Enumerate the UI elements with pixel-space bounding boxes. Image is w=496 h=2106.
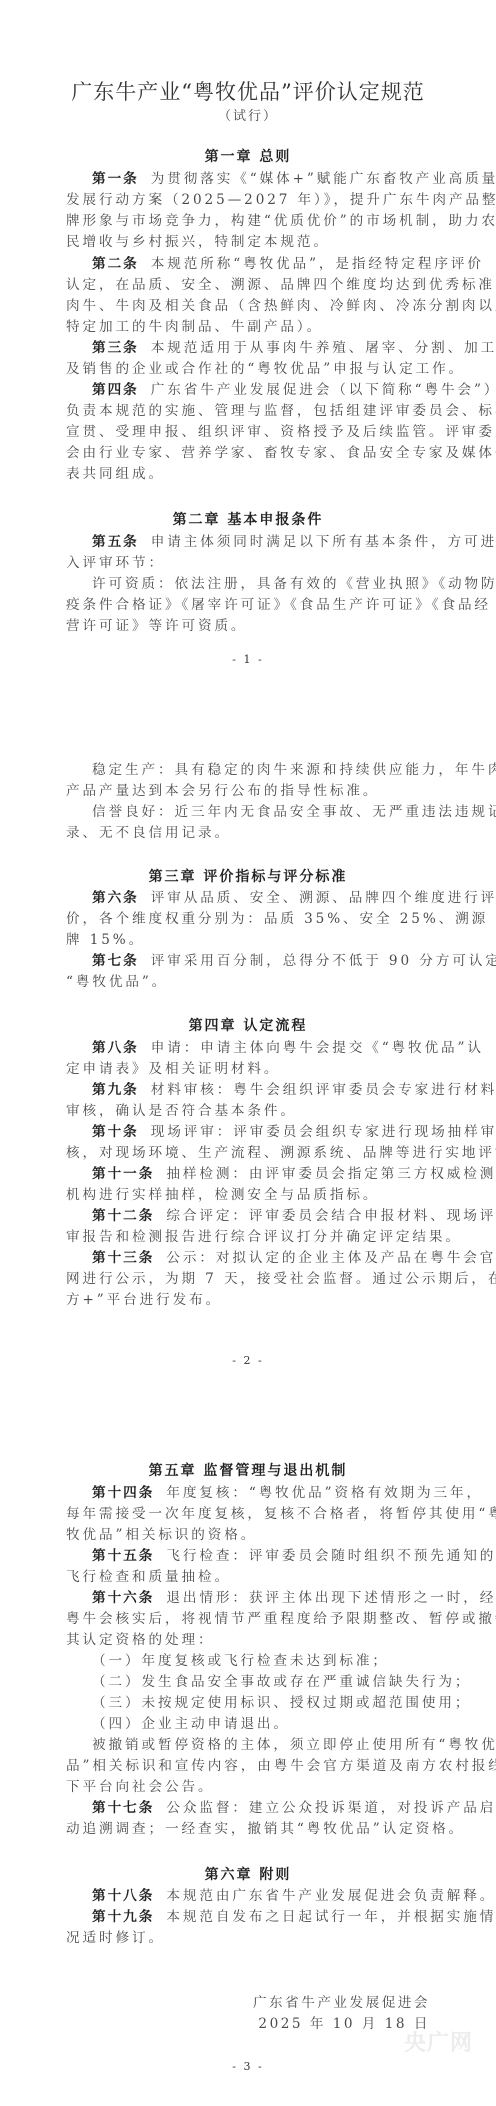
text-line: 飞行检查和质量抽检。 (66, 1567, 432, 1588)
text-line: 品”相关标识和宣传内容，由粤牛会官方渠道及南方农村报线 (66, 1756, 432, 1777)
article-label: 第十八条 (92, 1888, 154, 1904)
article-line: 第三条本规范适用于从事肉牛养殖、屠宰、分割、加工 (92, 338, 432, 359)
text-line: 每年需接受一次年度复核，复核不合格者，将暂停其使用“粤 (66, 1504, 432, 1525)
text-line: 方+”平台进行发布。 (66, 1290, 432, 1311)
chapter-heading: 第六章 附则 (0, 1865, 496, 1885)
article-label: 第七条 (92, 953, 139, 969)
article-label: 第十七条 (92, 1800, 154, 1816)
text-line: 表共同组成。 (66, 464, 432, 485)
text-line: 况适时修订。 (66, 1928, 432, 1949)
text-line: 信誉良好：近三年内无食品安全事故、无严重违法违规记 (92, 802, 432, 823)
article-label: 第十三条 (92, 1250, 154, 1266)
article-label: 第四条 (92, 382, 139, 398)
text-line: 审核，确认是否符合基本条件。 (66, 1101, 432, 1122)
text-line: 及销售的企业或合作社的“粤牧优品”申报与认定工作。 (66, 359, 432, 380)
text-line: 其认定资格的处理： (66, 1630, 432, 1651)
text-line: 负责本规范的实施、管理与监督，包括组建评审委员会、标准 (66, 401, 432, 422)
article-line: 第十三条公示：对拟认定的企业主体及产品在粤牛会官 (92, 1248, 432, 1269)
article-line: 第六条评审从品质、安全、溯源、品牌四个维度进行评 (92, 888, 432, 909)
list-item: （四）企业主动申请退出。 (92, 1714, 432, 1735)
text-line: 定申请表》及相关证明材料。 (66, 1059, 432, 1080)
text-line: 牧优品”相关标识的资格。 (66, 1525, 432, 1546)
chapter-heading: 第四章 认定流程 (0, 1016, 496, 1036)
article-line: 第十九条本规范自发布之日起试行一年，并根据实施情 (92, 1907, 432, 1928)
text-line: 审报告和检测报告进行综合评议打分并确定评定结果。 (66, 1227, 432, 1248)
signature-org: 广东省牛产业发展促进会 (253, 1993, 430, 2014)
text-line: 网进行公示，为期 7 天，接受社会监督。通过公示期后，在“南 (66, 1269, 432, 1290)
article-label: 第十五条 (92, 1548, 154, 1564)
article-label: 第十四条 (92, 1485, 154, 1501)
article-label: 第十九条 (92, 1909, 154, 1925)
page-number: - 1 - (0, 653, 496, 666)
document-title: 广东牛产业“粤牧优品”评价认定规范 (0, 78, 496, 106)
article-line: 第十七条公众监督：建立公众投诉渠道，对投诉产品启 (92, 1798, 432, 1819)
article-line: 第五条申请主体须同时满足以下所有基本条件，方可进 (92, 532, 432, 553)
article-line: 第二条本规范所称“粤牧优品”，是指经特定程序评价 (92, 254, 432, 275)
text-line: 动追溯调查；一经查实，撤销其“粤牧优品”认定资格。 (66, 1819, 432, 1840)
document-page: 广东牛产业“粤牧优品”评价认定规范 （试行） 第一章 总则 第一条为贯彻落实《“… (0, 0, 496, 2106)
article-line: 第十二条综合评定：评审委员会结合申报材料、现场评 (92, 1206, 432, 1227)
list-item: （三）未按规定使用标识、授权过期或超范围使用； (92, 1693, 432, 1714)
article-label: 第十二条 (92, 1208, 154, 1224)
text-line: 核，对现场环境、生产流程、溯源系统、品牌等进行实地评审。 (66, 1143, 432, 1164)
text-line: 许可资质：依法注册，具备有效的《营业执照》《动物防 (92, 574, 432, 595)
article-line: 第一条为贯彻落实《“媒体+”赋能广东畜牧产业高质量 (92, 169, 432, 190)
text-line: 稳定生产：具有稳定的肉牛来源和持续供应能力，年牛肉 (92, 760, 432, 781)
article-line: 第十五条飞行检查：评审委员会随时组织不预先通知的 (92, 1546, 432, 1567)
text-line: 宣贯、受理申报、组织评审、资格授予及后续监管。评审委员 (66, 422, 432, 443)
text-line: 入评审环节： (66, 553, 432, 574)
text-line: 肉牛、牛肉及相关食品（含热鲜肉、冷鲜肉、冷冻分割肉以及 (66, 296, 432, 317)
text-line: 疫条件合格证》《屠宰许可证》《食品生产许可证》《食品经 (66, 595, 432, 616)
text-line: 粤牛会核实后，将视情节严重程度给予限期整改、暂停或撤销 (66, 1609, 432, 1630)
article-label: 第三条 (92, 340, 139, 356)
chapter-heading: 第五章 监督管理与退出机制 (0, 1461, 496, 1481)
document-subtitle: （试行） (0, 108, 496, 126)
article-label: 第十一条 (92, 1166, 154, 1182)
article-label: 第八条 (92, 1040, 139, 1056)
text-line: 录、无不良信用记录。 (66, 823, 432, 844)
text-line: 下平台向社会公告。 (66, 1777, 432, 1798)
page-number: - 3 - (0, 2060, 496, 2073)
text-line: 牌形象与市场竞争力，构建“优质优价”的市场机制，助力农 (66, 211, 432, 232)
article-label: 第九条 (92, 1082, 139, 1098)
article-line: 第十八条本规范由广东省牛产业发展促进会负责解释。 (92, 1886, 432, 1907)
chapter-heading: 第三章 评价指标与评分标准 (0, 867, 496, 887)
article-line: 第四条广东省牛产业发展促进会（以下简称“粤牛会”） (92, 380, 432, 401)
text-line: 牌 15%。 (66, 930, 432, 951)
text-line: 被撤销或暂停资格的主体，须立即停止使用所有“粤牧优 (92, 1735, 432, 1756)
text-line: 会由行业专家、营养学家、畜牧专家、食品安全专家及媒体代 (66, 443, 432, 464)
text-line: 特定加工的牛肉制品、牛副产品）。 (66, 317, 432, 338)
chapter-heading: 第二章 基本申报条件 (0, 510, 496, 530)
text-line: 机构进行实样抽样，检测安全与品质指标。 (66, 1185, 432, 1206)
article-line: 第七条评审采用百分制，总得分不低于 90 分方可认定为 (92, 951, 432, 972)
text-line: 价，各个维度权重分别为：品质 35%、安全 25%、溯源 25%、品 (66, 909, 432, 930)
text-line: 认定，在品质、安全、溯源、品牌四个维度均达到优秀标准的 (66, 275, 432, 296)
article-label: 第六条 (92, 890, 139, 906)
article-line: 第十一条抽样检测：由评审委员会指定第三方权威检测 (92, 1164, 432, 1185)
text-line: “粤牧优品”。 (66, 972, 432, 993)
article-label: 第二条 (92, 256, 139, 272)
article-label: 第一条 (92, 171, 139, 187)
text-line: 发展行动方案（2025—2027 年）》，提升广东牛肉产品整体品 (66, 190, 432, 211)
text-line: 营许可证》等许可资质。 (66, 616, 432, 637)
article-line: 第十四条年度复核：“粤牧优品”资格有效期为三年， (92, 1483, 432, 1504)
article-label: 第十六条 (92, 1590, 154, 1606)
page-number: - 2 - (0, 1354, 496, 1367)
list-item: （一）年度复核或飞行检查未达到标准； (92, 1651, 432, 1672)
chapter-heading: 第一章 总则 (0, 147, 496, 167)
article-label: 第五条 (92, 534, 139, 550)
text-line: 民增收与乡村振兴，特制定本规范。 (66, 232, 432, 253)
watermark: 央广网 (404, 2026, 473, 2057)
article-line: 第十六条退出情形：获评主体出现下述情形之一时，经 (92, 1588, 432, 1609)
article-line: 第十条现场评审：评审委员会组织专家进行现场抽样审 (92, 1122, 432, 1143)
article-line: 第八条申请：申请主体向粤牛会提交《“粤牧优品”认 (92, 1038, 432, 1059)
text-line: 产品产量达到本会另行公布的指导性标准。 (66, 781, 432, 802)
list-item: （二）发生食品安全事故或存在严重诚信缺失行为； (92, 1672, 432, 1693)
article-line: 第九条材料审核：粤牛会组织评审委员会专家进行材料 (92, 1080, 432, 1101)
article-label: 第十条 (92, 1124, 139, 1140)
